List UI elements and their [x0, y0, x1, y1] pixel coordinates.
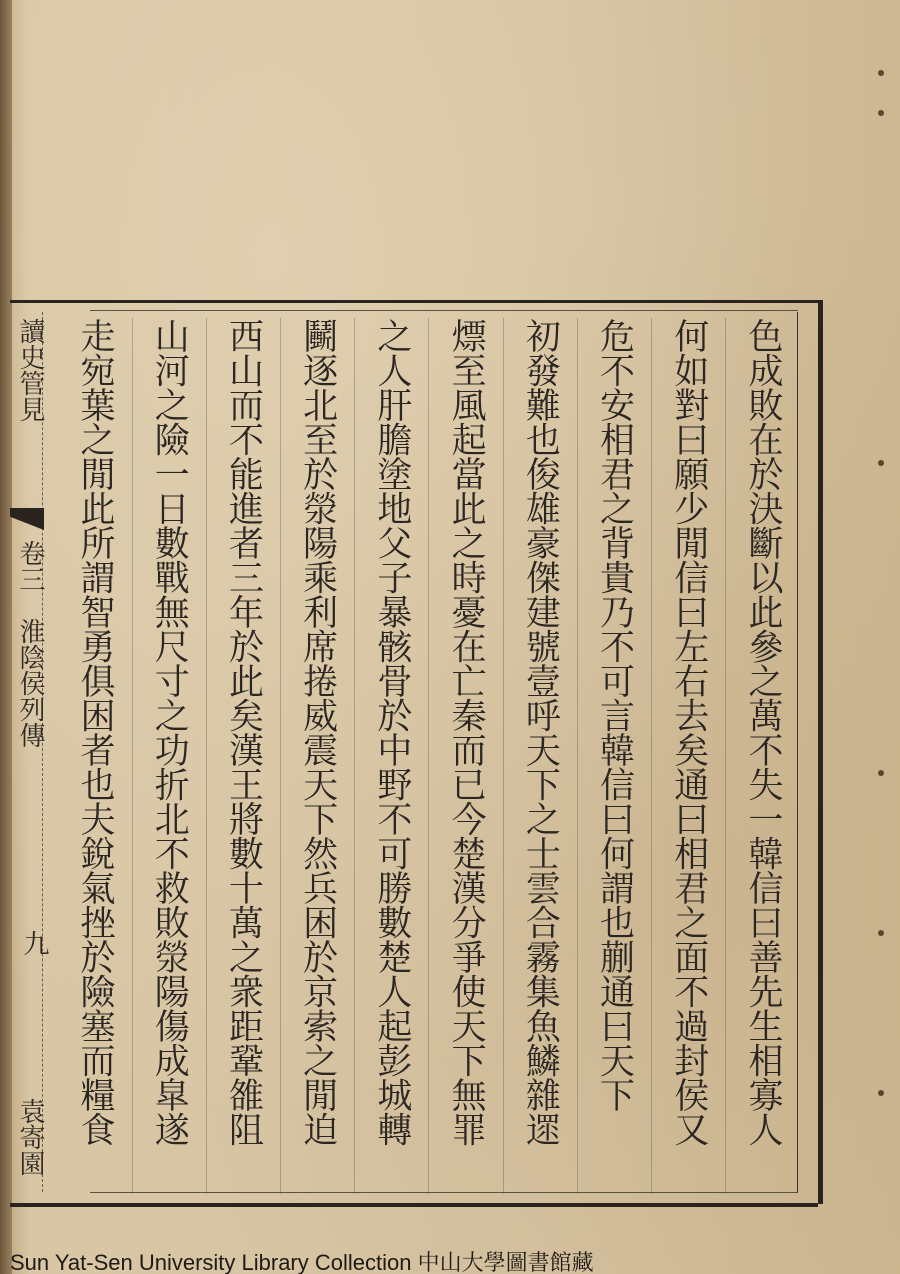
text-column: 色成敗在於決斷以此參之萬不失一韓信曰善先生相寡人	[728, 318, 798, 1194]
collection-watermark: Sun Yat-Sen University Library Collectio…	[10, 1246, 594, 1274]
fishtail-mark-icon	[10, 508, 44, 530]
stitch-hole	[878, 110, 884, 116]
column-rule	[280, 318, 281, 1194]
main-text-block: 色成敗在於決斷以此參之萬不失一韓信曰善先生相寡人 何如對曰願少閒信曰左右去矣通曰…	[60, 318, 798, 1198]
column-rule	[132, 318, 133, 1194]
juan-number: 卷三	[15, 540, 45, 592]
stitch-hole	[878, 460, 884, 466]
publisher-studio: 袁寄園	[12, 1098, 49, 1176]
column-rule	[428, 318, 429, 1194]
text-column: 熛至風起當此之時憂在亡秦而已今楚漢分爭使天下無罪	[431, 318, 501, 1194]
chapter-title: 淮陰侯列傳	[15, 618, 45, 748]
stitch-hole	[878, 930, 884, 936]
column-rule	[725, 318, 726, 1194]
column-rule	[206, 318, 207, 1194]
page-number: 九	[16, 930, 53, 956]
stitch-hole	[878, 770, 884, 776]
stitch-hole	[878, 70, 884, 76]
column-rule	[651, 318, 652, 1194]
banxin-margin: 讀史管見 卷三 淮陰侯列傳 九 袁寄園	[8, 318, 42, 1198]
column-rule	[354, 318, 355, 1194]
text-column: 走宛葉之閒此所謂智勇俱困者也夫銳氣挫於險塞而糧食	[60, 318, 130, 1194]
text-column: 何如對曰願少閒信曰左右去矣通曰相君之面不過封侯又	[654, 318, 724, 1194]
text-column: 初發難也俊雄豪傑建號壹呼天下之士雲合霧集魚鱗雜遝	[505, 318, 575, 1194]
chapter-label: 卷三 淮陰侯列傳	[12, 540, 49, 748]
page-border-right	[808, 300, 823, 1204]
column-rule	[503, 318, 504, 1194]
column-rule	[577, 318, 578, 1194]
text-column: 山河之險一日數戰無尺寸之功折北不救敗滎陽傷成皐遂	[134, 318, 204, 1194]
banxin-divider	[42, 312, 43, 1192]
text-column: 之人肝膽塗地父子暴骸骨於中野不可勝數楚人起彭城轉	[357, 318, 427, 1194]
stitch-hole	[878, 1090, 884, 1096]
text-column: 鬭逐北至於滎陽乘利席捲威震天下然兵困於京索之閒迫	[283, 318, 353, 1194]
text-column: 危不安相君之背貴乃不可言韓信曰何謂也蒯通曰天下	[580, 318, 650, 1194]
book-title: 讀史管見	[12, 318, 49, 422]
inner-border-line	[90, 310, 798, 311]
text-column: 西山而不能進者三年於此矣漢王將數十萬之衆距鞏雒阻	[208, 318, 278, 1194]
